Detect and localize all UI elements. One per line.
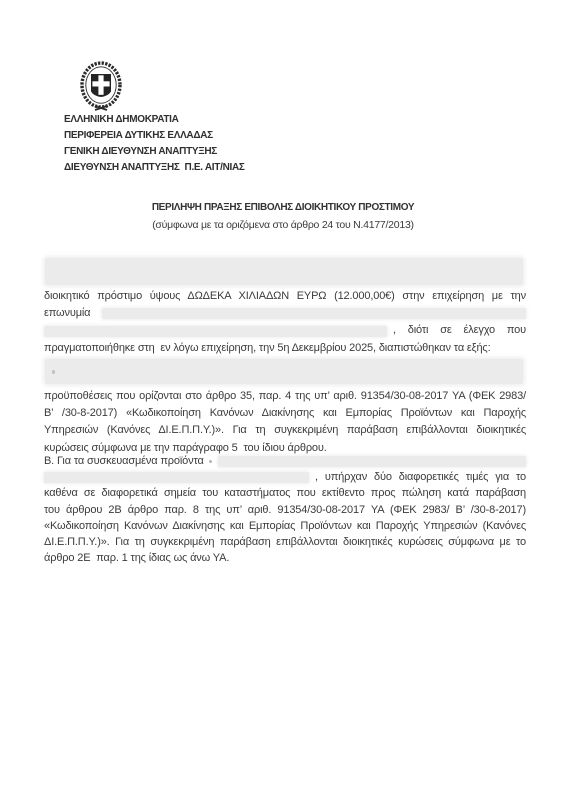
letterhead-line-region: ΠΕΡΙΦΕΡΕΙΑ ΔΥΤΙΚΗΣ ΕΛΛΑΔΑΣ (64, 128, 245, 144)
letterhead: ΕΛΛΗΝΙΚΗ ΔΗΜΟΚΡΑΤΙΑ ΠΕΡΙΦΕΡΕΙΑ ΔΥΤΙΚΗΣ Ε… (64, 112, 245, 176)
text-line: Β’ /30-8-2017) «Κωδικοποίηση Κανόνων Δια… (44, 405, 526, 422)
text-line: , διότι σε έλεγχο που (44, 322, 526, 339)
document-subtitle: (σύμφωνα με τα οριζόμενα στο άρθρο 24 το… (0, 216, 566, 234)
greek-coat-of-arms-icon (79, 60, 123, 113)
redacted-block (45, 258, 523, 285)
text-segment: επωνυμία (44, 305, 90, 322)
text-line: του άρθρου 2Β άρθρο παρ. 8 της υπ’ αριθ.… (44, 502, 526, 518)
redacted-span (102, 308, 526, 319)
redacted-span (218, 456, 526, 467)
redacted-block (45, 359, 523, 384)
text-segment: Β. Για τα συσκευασμένα προϊόντα (44, 453, 204, 469)
text-line: ΔΙ.Ε.Π.Π.Υ.)». Για τη συγκεκριμένη παράβ… (44, 534, 526, 550)
text-line: Υπηρεσιών (Κανόνες ΔΙ.Ε.Π.Π.Υ.)». Για τη… (44, 422, 526, 439)
letterhead-line-directorate: ΔΙΕΥΘΥΝΣΗ ΑΝΑΠΤΥΞΗΣ Π.Ε. ΑΙΤ/ΝΙΑΣ (64, 160, 245, 176)
text-line: άρθρο 2Ε παρ. 1 της ίδιας ως άνω ΥΑ. (44, 550, 526, 566)
text-line: πραγματοποιήθηκε στη εν λόγω επιχείρηση,… (44, 340, 526, 357)
paragraph-a: προϋποθέσεις που ορίζονται στο άρθρο 35,… (44, 388, 526, 457)
scanned-document-page: ΕΛΛΗΝΙΚΗ ΔΗΜΟΚΡΑΤΙΑ ΠΕΡΙΦΕΡΕΙΑ ΔΥΤΙΚΗΣ Ε… (0, 0, 566, 800)
text-line: Β. Για τα συσκευασμένα προϊόντα (44, 453, 526, 469)
opening-paragraph: διοικητικό πρόστιμο ύψους ΔΩΔΕΚΑ ΧΙΛΙΑΔΩ… (44, 288, 526, 357)
text-segment: , υπήρχαν δύο διαφορετικές τιμές για το (309, 469, 526, 485)
document-title: ΠΕΡΙΛΗΨΗ ΠΡΑΞΗΣ ΕΠΙΒΟΛΗΣ ΔΙΟΙΚΗΤΙΚΟΥ ΠΡΟ… (0, 199, 566, 216)
text-line: , υπήρχαν δύο διαφορετικές τιμές για το (44, 469, 526, 485)
title-block: ΠΕΡΙΛΗΨΗ ΠΡΑΞΗΣ ΕΠΙΒΟΛΗΣ ΔΙΟΙΚΗΤΙΚΟΥ ΠΡΟ… (0, 199, 566, 234)
redacted-span (44, 326, 387, 337)
text-segment: , διότι σε έλεγχο που (387, 322, 526, 339)
text-line: διοικητικό πρόστιμο ύψους ΔΩΔΕΚΑ ΧΙΛΙΑΔΩ… (44, 288, 526, 305)
letterhead-line-republic: ΕΛΛΗΝΙΚΗ ΔΗΜΟΚΡΑΤΙΑ (64, 112, 245, 128)
paragraph-b: Β. Για τα συσκευασμένα προϊόντα , υπήρχα… (44, 453, 526, 566)
redaction-artifact-dot (52, 370, 55, 374)
text-line: «Κωδικοποίηση Κανόνων Διακίνησης και Εμπ… (44, 518, 526, 534)
text-line: καθένα σε διαφορετικά σημεία του καταστή… (44, 485, 526, 501)
letterhead-line-directorate-general: ΓΕΝΙΚΗ ΔΙΕΥΘΥΝΣΗ ΑΝΑΠΤΥΞΗΣ (64, 144, 245, 160)
text-line: επωνυμία (44, 305, 526, 322)
redacted-span (44, 472, 309, 483)
redaction-artifact-dot (209, 460, 212, 463)
text-line: προϋποθέσεις που ορίζονται στο άρθρο 35,… (44, 388, 526, 405)
